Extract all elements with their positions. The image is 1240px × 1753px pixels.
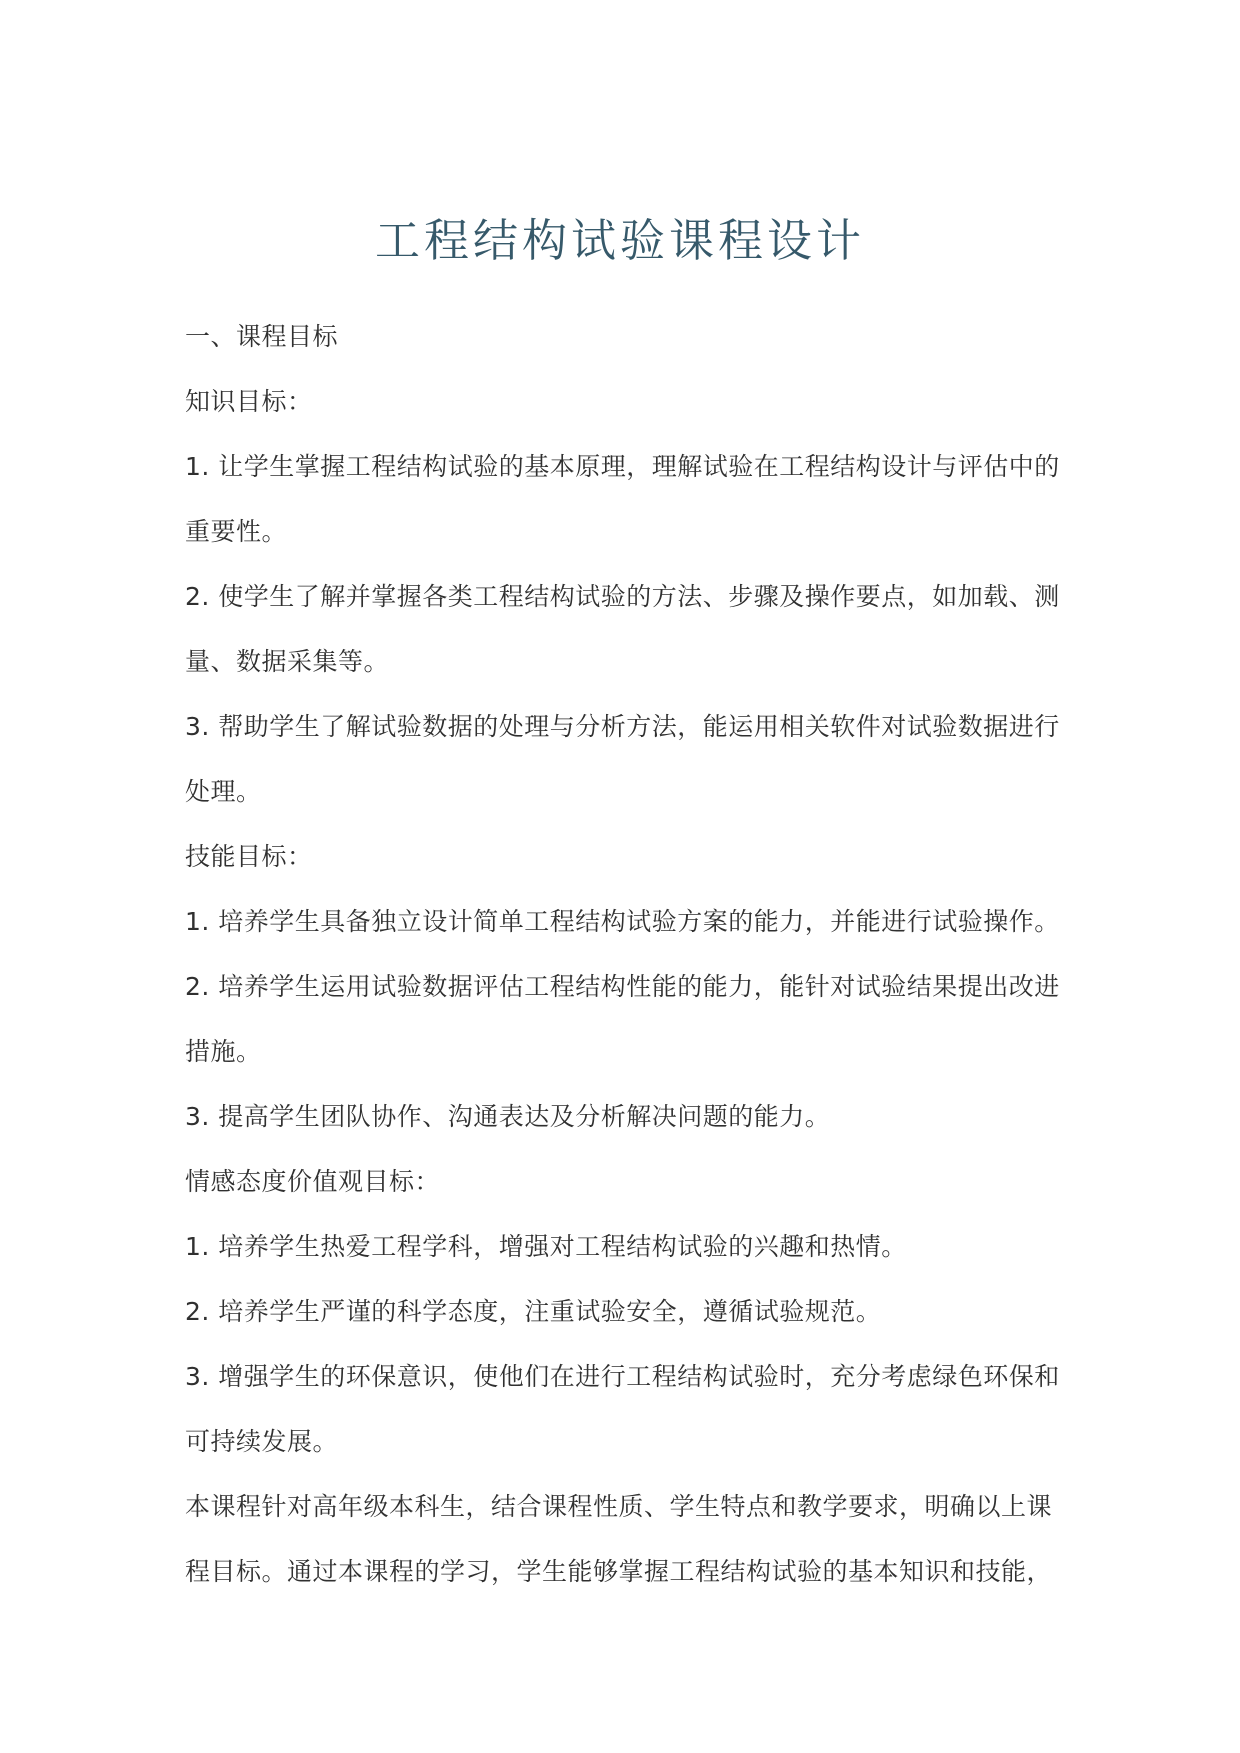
text-line: 1. 培养学生具备独立设计简单工程结构试验方案的能力，并能进行试验操作。 [185, 889, 1065, 954]
text-line: 技能目标： [185, 824, 1065, 889]
text-line: 程目标。通过本课程的学习，学生能够掌握工程结构试验的基本知识和技能， [185, 1539, 1065, 1604]
text-line: 3. 提高学生团队协作、沟通表达及分析解决问题的能力。 [185, 1084, 1065, 1149]
document-title: 工程结构试验课程设计 [0, 208, 1240, 273]
text-line: 2. 培养学生运用试验数据评估工程结构性能的能力，能针对试验结果提出改进 [185, 954, 1065, 1019]
text-line: 处理。 [185, 759, 1065, 824]
document-body: 一、课程目标知识目标：1. 让学生掌握工程结构试验的基本原理，理解试验在工程结构… [185, 304, 1065, 1604]
text-line: 2. 培养学生严谨的科学态度，注重试验安全，遵循试验规范。 [185, 1279, 1065, 1344]
text-line: 一、课程目标 [185, 304, 1065, 369]
text-line: 情感态度价值观目标： [185, 1149, 1065, 1214]
text-line: 可持续发展。 [185, 1409, 1065, 1474]
text-line: 1. 让学生掌握工程结构试验的基本原理，理解试验在工程结构设计与评估中的 [185, 434, 1065, 499]
text-line: 3. 帮助学生了解试验数据的处理与分析方法，能运用相关软件对试验数据进行 [185, 694, 1065, 759]
text-line: 2. 使学生了解并掌握各类工程结构试验的方法、步骤及操作要点，如加载、测 [185, 564, 1065, 629]
document-page: 工程结构试验课程设计 一、课程目标知识目标：1. 让学生掌握工程结构试验的基本原… [0, 0, 1240, 1753]
text-line: 3. 增强学生的环保意识，使他们在进行工程结构试验时，充分考虑绿色环保和 [185, 1344, 1065, 1409]
text-line: 量、数据采集等。 [185, 629, 1065, 694]
text-line: 知识目标： [185, 369, 1065, 434]
text-line: 措施。 [185, 1019, 1065, 1084]
text-line: 本课程针对高年级本科生，结合课程性质、学生特点和教学要求，明确以上课 [185, 1474, 1065, 1539]
text-line: 1. 培养学生热爱工程学科，增强对工程结构试验的兴趣和热情。 [185, 1214, 1065, 1279]
text-line: 重要性。 [185, 499, 1065, 564]
